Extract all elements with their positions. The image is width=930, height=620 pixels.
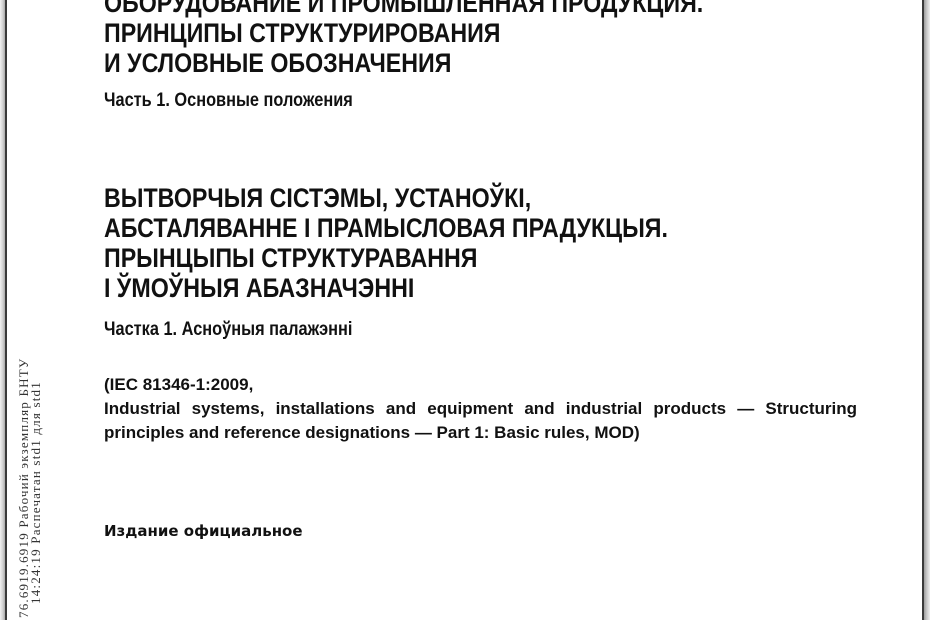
side-stamp-line-2: 14:24:19 Распечатан std1 для std1 — [30, 358, 42, 618]
page-shadow-right — [924, 0, 930, 620]
russian-part-subtitle: Часть 1. Основные положения — [104, 90, 353, 112]
russian-title-line-3: И УСЛОВНЫЕ ОБОЗНАЧЕНИЯ — [104, 48, 451, 78]
belarusian-title-line-1: ВЫТВОРЧЫЯ СІСТЭМЫ, УСТАНОЎКІ, — [104, 183, 531, 213]
belarusian-title-line-2: АБСТАЛЯВАННЕ І ПРАМЫСЛОВАЯ ПРАДУКЦЫЯ. — [104, 213, 668, 243]
iec-reference-title: Industrial systems, installations and eq… — [104, 399, 857, 442]
iec-reference: (IEC 81346-1:2009, Industrial systems, i… — [104, 373, 857, 445]
iec-reference-number: (IEC 81346-1:2009, — [104, 373, 857, 397]
belarusian-title-line-4: І ЎМОЎНЫЯ АБАЗНАЧЭННІ — [104, 273, 414, 303]
russian-title-line-2: ПРИНЦИПЫ СТРУКТУРИРОВАНИЯ — [104, 18, 500, 48]
belarusian-title-line-3: ПРЫНЦЫПЫ СТРУКТУРАВАННЯ — [104, 243, 477, 273]
belarusian-part-subtitle: Частка 1. Асноўныя палажэнні — [104, 319, 352, 341]
side-stamp: 76.6919.6919 Рабочий экземпляр БНТУ 14:2… — [18, 358, 42, 618]
edition-label: Издание официальное — [104, 522, 303, 540]
russian-title-line-1: ОБОРУДОВАНИЕ И ПРОМЫШЛЕННАЯ ПРОДУКЦИЯ. — [104, 0, 703, 18]
